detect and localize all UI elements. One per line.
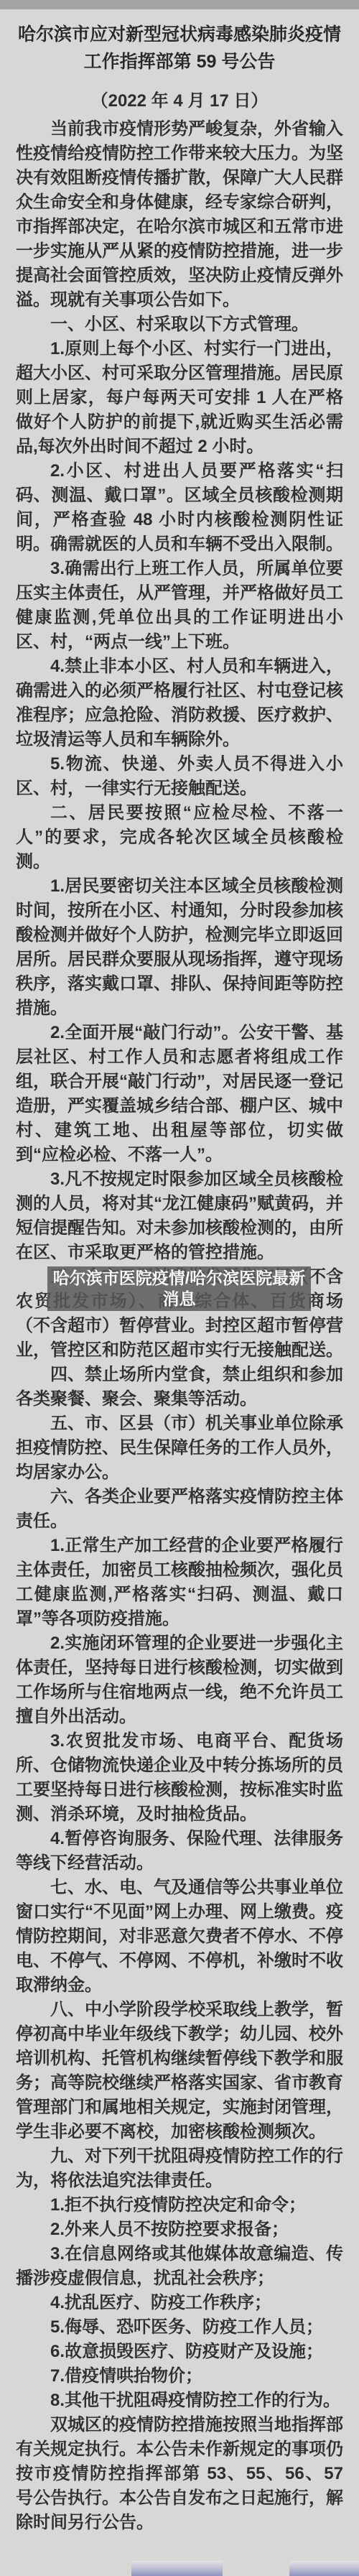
paragraph: 双城区的疫情防控措施按照当地指挥部有关规定执行。本公告未作新规定的事项仍按市疫情… [16,2413,343,2535]
bottom-thumbnail-right[interactable] [289,2561,359,2576]
document-title-line2: 工作指挥部第 59 号公告 [84,52,276,72]
document-body: 当前我市疫情形势严峻复杂，外省输入性疫情给疫情防控工作带来较大压力。为坚决有效阻… [16,117,343,2535]
video-frame-screenshot: 哈尔滨市应对新型冠状病毒感染肺炎疫情 工作指挥部第 59 号公告 （2022 年… [0,0,359,2576]
paragraph: 4.禁止非本小区、村人员和车辆进入，确需进入的必须严格履行社区、村屯登记核准程序… [16,654,343,752]
paragraph: 八、中小学阶段学校采取线上教学，暂停初高中毕业年级线下教学；幼儿园、校外培训机构… [16,1998,343,2144]
top-border-bar [0,0,359,9]
paragraph: 3.确需出行上班工作人员，所属单位要压实主体责任，从严管理，并严格做好员工健康监… [16,557,343,654]
paragraph: 4.扰乱医疗、防疫工作秩序； [16,2291,343,2315]
video-caption-line1: 哈尔滨市医院疫情/哈尔滨医院最新 [53,1269,305,1287]
paragraph: 1.原则上每个小区、村实行一门进出，超大小区、村可采取分区管理措施。居民原则上居… [16,337,343,459]
paragraph: 1.正常生产加工经营的企业要严格履行主体责任，加密员工核酸抽检频次，强化员工健康… [16,1534,343,1631]
paragraph: 4.暂停咨询服务、保险代理、法律服务等线下经营活动。 [16,1827,343,1876]
paragraph: 六、各类企业要严格落实疫情防控主体责任。 [16,1485,343,1534]
paragraph: 3.农贸批发市场、电商平台、配货场所、仓储物流快递企业及中转分拣场所的员工要坚持… [16,1729,343,1827]
paragraph: 1.拒不执行疫情防控决定和命令； [16,2193,343,2218]
paragraph: 二、居民要按照“应检尽检、不落一人”的要求，完成各轮次区域全员核酸检测。 [16,801,343,874]
document-title-line1: 哈尔滨市应对新型冠状病毒感染肺炎疫情 [18,24,341,45]
document-date: （2022 年 4 月 17 日） [16,86,343,111]
video-caption-overlay: 哈尔滨市医院疫情/哈尔滨医院最新 消息 [47,1266,311,1311]
paragraph: 当前我市疫情形势严峻复杂，外省输入性疫情给疫情防控工作带来较大压力。为坚决有效阻… [16,117,343,312]
paragraph: 2.全面开展“敲门行动”。公安干警、基层社区、村工作人员和志愿者将组成工作组，联… [16,1021,343,1167]
paragraph: 五、市、区县（市）机关事业单位除承担疫情防控、民生保障任务的工作人员外，均居家办… [16,1412,343,1485]
document-title: 哈尔滨市应对新型冠状病毒感染肺炎疫情 工作指挥部第 59 号公告 [16,21,343,75]
paragraph: 7.借疫情哄抬物价； [16,2364,343,2389]
paragraph: 6.故意损毁医疗、防疫财产及设施； [16,2340,343,2364]
paragraph: 3.在信息网络或其他媒体故意编造、传播涉疫虚假信息，扰乱社会秩序； [16,2242,343,2291]
bottom-thumbnail-left[interactable] [131,2561,223,2576]
paragraph: 七、水、电、气及通信等公共事业单位窗口实行“不见面”网上办理、网上缴费。疫情防控… [16,1876,343,1998]
paragraph: 1.居民要密切关注本区域全员核酸检测时间，按所在小区、村通知，分时段参加核酸检测… [16,874,343,1021]
paragraph: 一、小区、村采取以下方式管理。 [16,312,343,337]
paragraph: 3.凡不按规定时限参加区域全员核酸检测的人员，将对其“龙江健康码”赋黄码，并短信… [16,1167,343,1265]
paragraph: 2.小区、村进出人员要严格落实“扫码、测温、戴口罩”。区域全员核酸检测期间，严格… [16,459,343,557]
paragraph: 四、禁止场所内堂食，禁止组织和参加各类聚餐、聚会、聚集等活动。 [16,1363,343,1412]
paragraph: 8.其他干扰阻碍疫情防控工作的行为。 [16,2389,343,2413]
video-caption-line2: 消息 [163,1289,196,1308]
paragraph: 5.物流、快递、外卖人员不得进入小区、村，一律实行无接触配送。 [16,752,343,801]
paragraph: 5.侮辱、恐吓医务、防疫工作人员； [16,2315,343,2340]
paragraph: 九、对下列干扰阻碍疫情防控工作的行为，将依法追究法律责任。 [16,2144,343,2193]
paragraph: 2.实施闭环管理的企业要进一步强化主体责任，坚持每日进行核酸检测，切实做到工作场… [16,1631,343,1729]
paragraph: 2.外来人员不按防控要求报备； [16,2218,343,2242]
